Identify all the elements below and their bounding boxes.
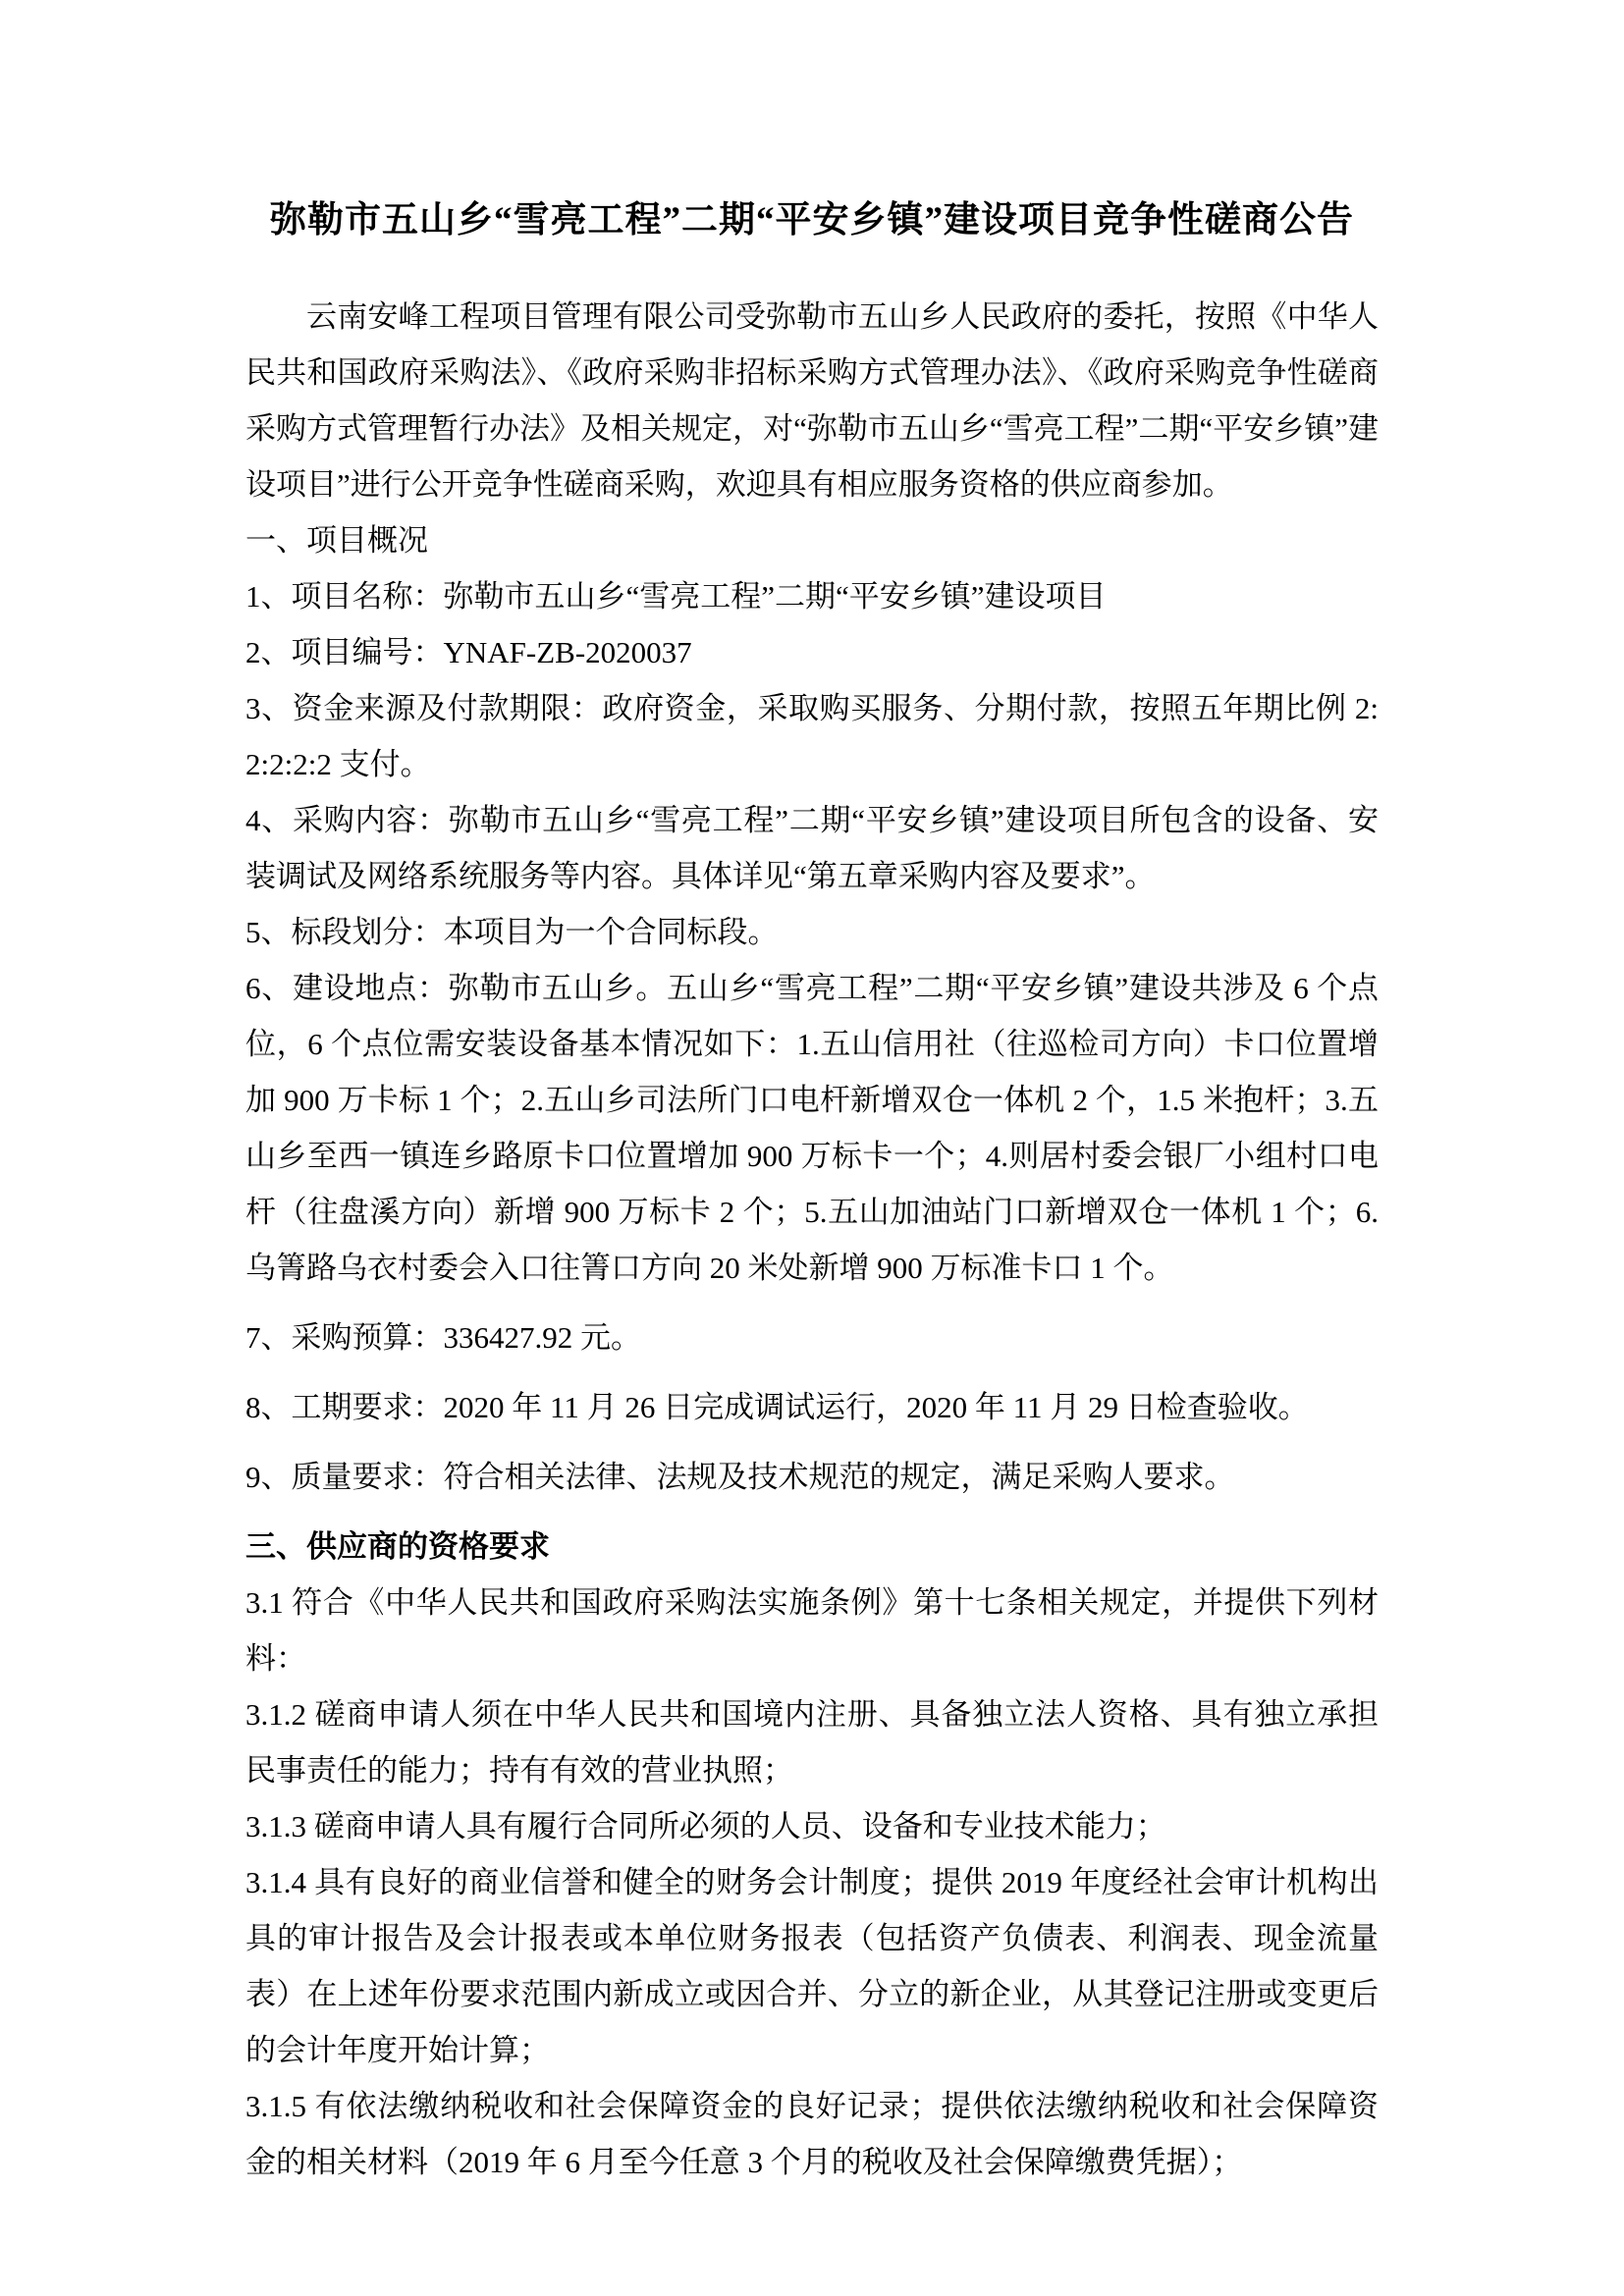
item-3-1-5-tax: 3.1.5 有依法缴纳税收和社会保障资金的良好记录；提供依法缴纳税收和社会保障资… [245,2078,1379,2190]
item-3-1-regulation: 3.1 符合《中华人民共和国政府采购法实施条例》第十七条相关规定，并提供下列材料… [245,1575,1379,1686]
item-7-budget: 7、采购预算：336427.92 元。 [245,1309,1379,1365]
item-9-quality: 9、质量要求：符合相关法律、法规及技术规范的规定，满足采购人要求。 [245,1449,1379,1505]
item-5-lot-division: 5、标段划分：本项目为一个合同标段。 [245,904,1379,960]
section-3-heading: 三、供应商的资格要求 [245,1519,1379,1575]
paragraph-intro: 云南安峰工程项目管理有限公司受弥勒市五山乡人民政府的委托，按照《中华人民共和国政… [245,289,1379,512]
item-3-1-4-finance: 3.1.4 具有良好的商业信誉和健全的财务会计制度；提供 2019 年度经社会审… [245,1854,1379,2078]
item-2-project-number: 2、项目编号：YNAF-ZB-2020037 [245,624,1379,680]
section-1-heading: 一、项目概况 [245,512,1379,568]
item-3-1-3-capability: 3.1.3 磋商申请人具有履行合同所必须的人员、设备和专业技术能力； [245,1798,1379,1854]
item-6-location: 6、建设地点：弥勒市五山乡。五山乡“雪亮工程”二期“平安乡镇”建设共涉及 6 个… [245,960,1379,1296]
item-8-schedule: 8、工期要求：2020 年 11 月 26 日完成调试运行，2020 年 11 … [245,1379,1379,1435]
item-4-procurement: 4、采购内容：弥勒市五山乡“雪亮工程”二期“平安乡镇”建设项目所包含的设备、安装… [245,792,1379,904]
document-content: 弥勒市五山乡“雪亮工程”二期“平安乡镇”建设项目竞争性磋商公告 云南安峰工程项目… [245,196,1379,2190]
document-title: 弥勒市五山乡“雪亮工程”二期“平安乡镇”建设项目竞争性磋商公告 [245,196,1379,245]
item-1-project-name: 1、项目名称：弥勒市五山乡“雪亮工程”二期“平安乡镇”建设项目 [245,568,1379,624]
item-3-funding: 3、资金来源及付款期限：政府资金，采取购买服务、分期付款，按照五年期比例 2:2… [245,680,1379,792]
document-page: 弥勒市五山乡“雪亮工程”二期“平安乡镇”建设项目竞争性磋商公告 云南安峰工程项目… [0,0,1624,2296]
item-3-1-2-registration: 3.1.2 磋商申请人须在中华人民共和国境内注册、具备独立法人资格、具有独立承担… [245,1686,1379,1798]
